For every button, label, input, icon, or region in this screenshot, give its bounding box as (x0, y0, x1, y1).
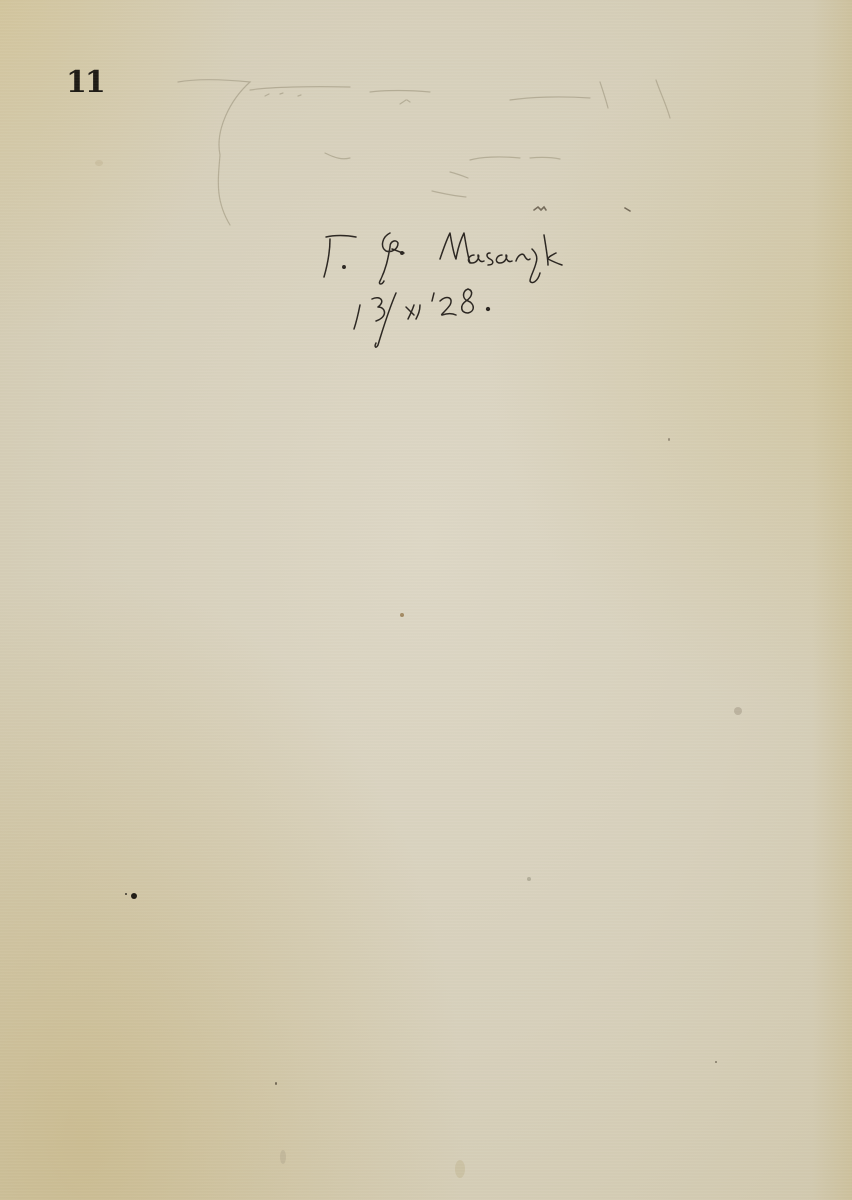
document-page: 11 T. G. Masaryk 13/XI '28. (0, 0, 852, 1200)
page-number: 11 (66, 68, 104, 98)
handwritten-signature: T. G. Masaryk 13/XI '28. (290, 215, 610, 355)
stain-speck (527, 877, 531, 881)
ink-speck (131, 893, 137, 899)
ink-speck (125, 893, 127, 895)
bleed-through-marks (170, 60, 710, 240)
stain-speck (668, 438, 670, 441)
stain-speck (275, 1082, 277, 1085)
stain-speck (400, 613, 404, 617)
stain-speck (95, 160, 103, 166)
paper-edge-shading (812, 0, 852, 1200)
stain-speck (280, 1150, 286, 1164)
stain-speck (455, 1160, 465, 1178)
stain-speck (734, 707, 742, 715)
signature-strokes (290, 215, 610, 355)
stain-speck (715, 1061, 717, 1063)
